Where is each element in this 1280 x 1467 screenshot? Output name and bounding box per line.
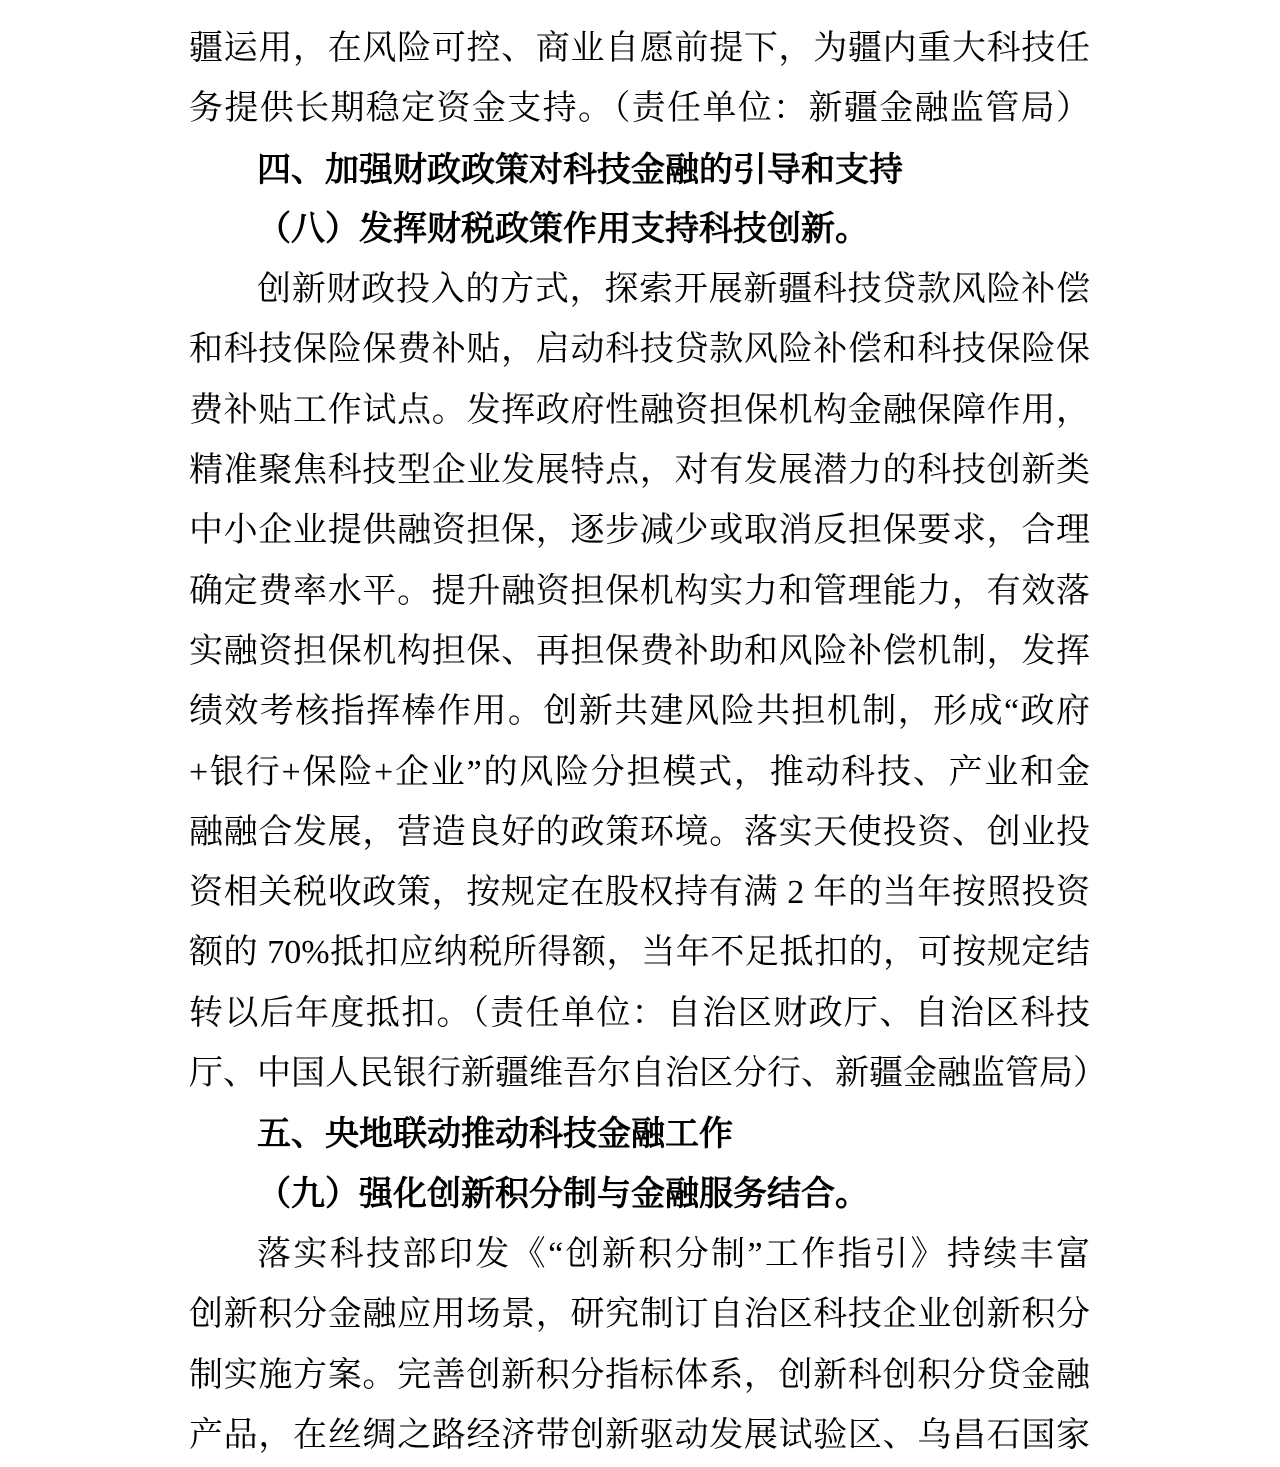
document-body-line: 厅、中国人民银行新疆维吾尔自治区分行、新疆金融监管局）	[189, 1044, 1090, 1104]
document-body-line: 产品，在丝绸之路经济带创新驱动发展试验区、乌昌石国家	[189, 1406, 1090, 1466]
document-page: 疆运用，在风险可控、商业自愿前提下，为疆内重大科技任务提供长期稳定资金支持。（责…	[0, 0, 1280, 1467]
document-body-line: 转以后年度抵扣。（责任单位：自治区财政厅、自治区科技	[189, 984, 1090, 1044]
document-body-line: 精准聚焦科技型企业发展特点，对有发展潜力的科技创新类	[189, 441, 1090, 501]
section-heading: 五、央地联动推动科技金融工作	[189, 1104, 1090, 1164]
section-heading: 四、加强财政政策对科技金融的引导和支持	[189, 140, 1090, 200]
document-body-line: 落实科技部印发《“创新积分制”工作指引》持续丰富	[189, 1225, 1090, 1285]
document-body-line: 和科技保险保费补贴，启动科技贷款风险补偿和科技保险保	[189, 320, 1090, 380]
subsection-heading: （九）强化创新积分制与金融服务结合。	[189, 1165, 1090, 1225]
document-text-block: 疆运用，在风险可控、商业自愿前提下，为疆内重大科技任务提供长期稳定资金支持。（责…	[189, 19, 1090, 1466]
document-body-line: 资相关税收政策，按规定在股权持有满 2 年的当年按照投资	[189, 863, 1090, 923]
document-body-line: 实融资担保机构担保、再担保费补助和风险补偿机制，发挥	[189, 622, 1090, 682]
document-body-line: 费补贴工作试点。发挥政府性融资担保机构金融保障作用，	[189, 381, 1090, 441]
document-body-line: 制实施方案。完善创新积分指标体系，创新科创积分贷金融	[189, 1346, 1090, 1406]
document-body-line: 创新积分金融应用场景，研究制订自治区科技企业创新积分	[189, 1285, 1090, 1345]
document-body-line: 创新财政投入的方式，探索开展新疆科技贷款风险补偿	[189, 260, 1090, 320]
document-body-line: +银行+保险+企业”的风险分担模式，推动科技、产业和金	[189, 743, 1090, 803]
document-body-line: 绩效考核指挥棒作用。创新共建风险共担机制，形成“政府	[189, 682, 1090, 742]
subsection-heading: （八）发挥财税政策作用支持科技创新。	[189, 200, 1090, 260]
document-body-line: 务提供长期稳定资金支持。（责任单位：新疆金融监管局）	[189, 79, 1090, 139]
document-body-line: 中小企业提供融资担保，逐步减少或取消反担保要求，合理	[189, 501, 1090, 561]
document-body-line: 疆运用，在风险可控、商业自愿前提下，为疆内重大科技任	[189, 19, 1090, 79]
document-body-line: 额的 70%抵扣应纳税所得额，当年不足抵扣的，可按规定结	[189, 923, 1090, 983]
document-body-line: 确定费率水平。提升融资担保机构实力和管理能力，有效落	[189, 562, 1090, 622]
document-body-line: 融融合发展，营造良好的政策环境。落实天使投资、创业投	[189, 803, 1090, 863]
